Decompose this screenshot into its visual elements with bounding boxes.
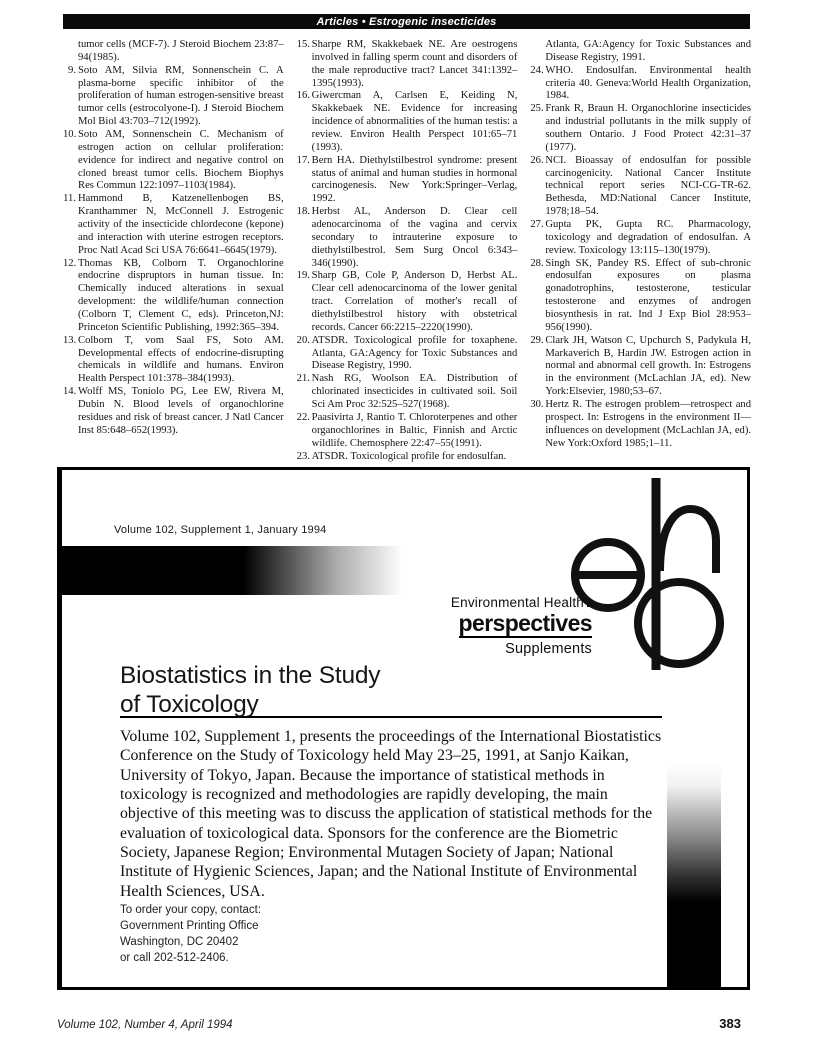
reference-item: 15.Sharpe RM, Skakkebaek NE. Are oestrog…	[297, 39, 518, 90]
reference-number: 24.	[530, 65, 543, 78]
reference-number: 12.	[63, 258, 76, 271]
reference-item: 13.Colborn T, vom Saal FS, Soto AM. Deve…	[63, 335, 284, 386]
reference-item: 23.ATSDR. Toxicological profile for endo…	[297, 451, 518, 464]
logo-text-line1: Environmental Health	[451, 595, 584, 610]
reference-number: 28.	[530, 258, 543, 271]
supplement-title: Biostatistics in the Study of Toxicology	[120, 662, 420, 719]
reference-item: 19.Sharp GB, Cole P, Anderson D, Herbst …	[297, 270, 518, 334]
reference-item: 24.WHO. Endosulfan. Environmental health…	[530, 65, 751, 104]
reference-item: 17.Bern HA. Diethylstilbestrol syndrome:…	[297, 155, 518, 206]
supplement-title-line1: Biostatistics in the Study	[120, 662, 420, 691]
reference-text: Colborn T, vom Saal FS, Soto AM. Develop…	[78, 335, 284, 385]
reference-text: Bern HA. Diethylstilbestrol syndrome: pr…	[312, 155, 518, 205]
reference-text: Sharpe RM, Skakkebaek NE. Are oestrogens…	[312, 39, 518, 89]
logo-line-perspectives: perspectives	[459, 612, 592, 638]
reference-number: 14.	[63, 386, 76, 399]
reference-text: Clark JH, Watson C, Upchurch S, Padykula…	[545, 335, 751, 397]
reference-number: 26.	[530, 155, 543, 168]
reference-number: 30.	[530, 399, 543, 412]
reference-number: 27.	[530, 219, 543, 232]
reference-text: ATSDR. Toxicological profile for endosul…	[312, 451, 506, 462]
vertical-gradient-bar	[667, 763, 721, 987]
reference-text: Hertz R. The estrogen problem—retrospect…	[545, 399, 751, 449]
reference-text: Gupta PK, Gupta RC. Pharmacology, toxico…	[545, 219, 751, 256]
reference-item: 30.Hertz R. The estrogen problem—retrosp…	[530, 399, 751, 450]
footer-page-number: 383	[719, 1016, 741, 1031]
reference-number: 11.	[63, 193, 76, 206]
journal-logo-text: Environmental Health perspectives Supple…	[382, 596, 592, 656]
references-section: tumor cells (MCF-7). J Steroid Biochem 2…	[63, 39, 751, 463]
supplement-volume-line: Volume 102, Supplement 1, January 1994	[114, 524, 326, 536]
reference-number: 18.	[297, 206, 310, 219]
reference-item: 16.Giwercman A, Carlsen E, Keiding N, Sk…	[297, 90, 518, 154]
reference-item: 28.Singh SK, Pandey RS. Effect of sub-ch…	[530, 258, 751, 335]
reference-number: 20.	[297, 335, 310, 348]
supplement-description: Volume 102, Supplement 1, presents the p…	[120, 727, 665, 901]
reference-number: 25.	[530, 103, 543, 116]
horizontal-gradient-bar	[62, 546, 412, 595]
reference-text: Giwercman A, Carlsen E, Keiding N, Skakk…	[312, 90, 518, 152]
reference-item: 21.Nash RG, Woolson EA. Distribution of …	[297, 373, 518, 412]
reference-text: Sharp GB, Cole P, Anderson D, Herbst AL.…	[312, 270, 518, 332]
reference-text: ATSDR. Toxicological profile for toxaphe…	[312, 335, 518, 372]
footer-volume-info: Volume 102, Number 4, April 1994	[57, 1019, 233, 1031]
reference-continuation: tumor cells (MCF-7). J Steroid Biochem 2…	[63, 39, 284, 65]
reference-text: Nash RG, Woolson EA. Distribution of chl…	[312, 373, 518, 410]
references-column-3: Atlanta, GA:Agency for Toxic Substances …	[530, 39, 751, 463]
article-header-bar: Articles • Estrogenic insecticides	[63, 14, 750, 29]
reference-text: Atlanta, GA:Agency for Toxic Substances …	[545, 39, 751, 63]
reference-number: 13.	[63, 335, 76, 348]
reference-text: Thomas KB, Colborn T. Organochlorine end…	[78, 258, 284, 333]
reference-text: Frank R, Braun H. Organochlorine insecti…	[545, 103, 751, 153]
contact-line: Washington, DC 20402	[120, 934, 261, 950]
reference-number: 10.	[63, 129, 76, 142]
reference-number: 19.	[297, 270, 310, 283]
reference-number: 21.	[297, 373, 310, 386]
reference-text: Soto AM, Sonnenschein C. Mechanism of es…	[78, 129, 284, 191]
reference-number: 16.	[297, 90, 310, 103]
reference-item: 14.Wolff MS, Toniolo PG, Lee EW, Rivera …	[63, 386, 284, 437]
reference-item: 25.Frank R, Braun H. Organochlorine inse…	[530, 103, 751, 154]
reference-continuation: Atlanta, GA:Agency for Toxic Substances …	[530, 39, 751, 65]
contact-line: To order your copy, contact:	[120, 902, 261, 918]
reference-item: 27.Gupta PK, Gupta RC. Pharmacology, tox…	[530, 219, 751, 258]
reference-text: Soto AM, Silvia RM, Sonnenschein C. A pl…	[78, 65, 284, 127]
reference-number: 29.	[530, 335, 543, 348]
reference-text: Wolff MS, Toniolo PG, Lee EW, Rivera M, …	[78, 386, 284, 436]
reference-text: WHO. Endosulfan. Environmental health cr…	[545, 65, 751, 102]
reference-text: Paasivirta J, Rantio T. Chloroterpenes a…	[312, 412, 518, 449]
reference-item: 10.Soto AM, Sonnenschein C. Mechanism of…	[63, 129, 284, 193]
reference-text: NCI. Bioassay of endosulfan for possible…	[545, 155, 751, 217]
reference-item: 20.ATSDR. Toxicological profile for toxa…	[297, 335, 518, 374]
contact-line: Government Printing Office	[120, 918, 261, 934]
reference-number: 15.	[297, 39, 310, 52]
contact-line: or call 202-512-2406.	[120, 950, 261, 966]
references-column-1: tumor cells (MCF-7). J Steroid Biochem 2…	[63, 39, 284, 463]
reference-text: tumor cells (MCF-7). J Steroid Biochem 2…	[78, 39, 284, 63]
reference-text: Hammond B, Katzenellenbogen BS, Krantham…	[78, 193, 284, 255]
article-header-text: Articles • Estrogenic insecticides	[317, 16, 497, 28]
reference-number: 9.	[63, 65, 76, 78]
logo-dot-icon	[587, 602, 592, 607]
reference-item: 12.Thomas KB, Colborn T. Organochlorine …	[63, 258, 284, 335]
reference-item: 9.Soto AM, Silvia RM, Sonnenschein C. A …	[63, 65, 284, 129]
reference-item: 22.Paasivirta J, Rantio T. Chloroterpene…	[297, 412, 518, 451]
reference-number: 22.	[297, 412, 310, 425]
reference-item: 18.Herbst AL, Anderson D. Clear cell ade…	[297, 206, 518, 270]
logo-line-supplements: Supplements	[382, 642, 592, 657]
supplement-announcement-box: Volume 102, Supplement 1, January 1994 E…	[57, 467, 750, 990]
reference-item: 29.Clark JH, Watson C, Upchurch S, Padyk…	[530, 335, 751, 399]
reference-text: Singh SK, Pandey RS. Effect of sub-chron…	[545, 258, 751, 333]
logo-line-environmental-health: Environmental Health	[382, 596, 592, 610]
reference-item: 11.Hammond B, Katzenellenbogen BS, Krant…	[63, 193, 284, 257]
reference-number: 17.	[297, 155, 310, 168]
supplement-title-line2: of Toxicology	[120, 691, 420, 720]
order-contact-block: To order your copy, contact: Government …	[120, 902, 261, 966]
reference-number: 23.	[297, 451, 310, 464]
title-divider-rule	[120, 716, 662, 718]
references-column-2: 15.Sharpe RM, Skakkebaek NE. Are oestrog…	[297, 39, 518, 463]
reference-text: Herbst AL, Anderson D. Clear cell adenoc…	[312, 206, 518, 268]
reference-item: 26.NCI. Bioassay of endosulfan for possi…	[530, 155, 751, 219]
